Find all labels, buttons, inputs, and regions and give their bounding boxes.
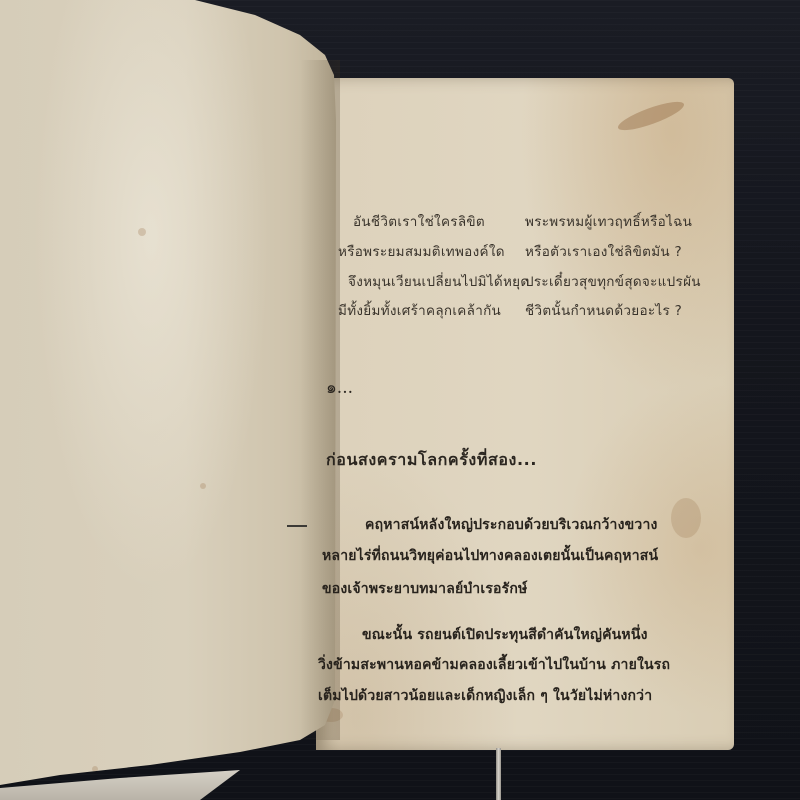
paragraph-2-line-2: วิ่งข้ามสะพานหอคข้ามคลองเลี้ยวเข้าไปในบ้… — [318, 654, 670, 676]
paragraph-2-line-1: ขณะนั้น รถยนต์เปิดประทุนสีดำคันใหญ่คันหน… — [362, 624, 648, 646]
paragraph-1-line-3: ของเจ้าพระยาบทมาลย์บำเรอรักษ์ — [322, 578, 527, 600]
paragraph-2-line-3: เต็มไปด้วยสาวน้อยและเด็กหญิงเล็ก ๆ ในวัย… — [318, 685, 652, 707]
spot-stain — [138, 228, 146, 236]
poem-left-line-1: อันชีวิตเราใช่ใครลิขิต — [353, 210, 485, 232]
right-book-page — [316, 78, 734, 750]
paragraph-1-line-1: คฤหาสน์หลังใหญ่ประกอบด้วยบริเวณกว้างขวาง — [365, 514, 658, 536]
spot-stain — [200, 483, 206, 489]
poem-left-line-4: มีทั้งยิ้มทั้งเศร้าคลุกเคล้ากัน — [338, 299, 501, 321]
poem-right-line-2: หรือตัวเราเองใช่ลิขิตมัน ? — [525, 240, 682, 262]
left-book-page — [0, 0, 336, 790]
water-stain — [615, 97, 686, 136]
chapter-heading: ก่อนสงครามโลกครั้งที่สอง... — [326, 448, 537, 473]
poem-right-line-1: พระพรหมผู้เทวฤทธิ์หรือไฉน — [525, 210, 692, 232]
paragraph-1-line-2: หลายไร่ที่ถนนวิทยุค่อนไปทางคลองเตยนั้นเป… — [322, 545, 658, 567]
poem-left-line-3: จึงหมุนเวียนเปลี่ยนไปมิได้หยุด — [348, 270, 529, 292]
poem-right-line-4: ชีวิตนั้นกำหนดด้วยอะไร ? — [525, 299, 682, 321]
chapter-number: ๑... — [326, 374, 353, 401]
ink-mark — [287, 525, 307, 527]
poem-right-line-3: ประเดี๋ยวสุขทุกข์สุดจะแปรผัน — [525, 270, 701, 292]
bookmark-ribbon — [496, 748, 501, 800]
poem-left-line-2: หรือพระยมสมมติเทพองค์ใด — [338, 240, 505, 262]
water-stain — [671, 498, 701, 538]
